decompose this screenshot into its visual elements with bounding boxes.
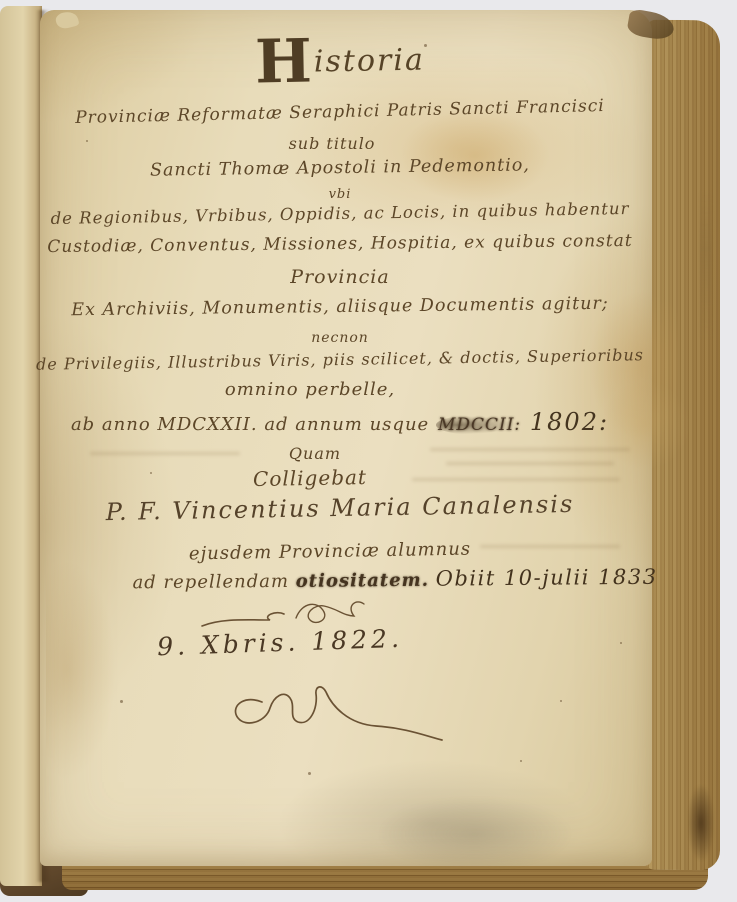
text-line: Ex Archiviis, Monumentis, aliisque Docum… xyxy=(36,293,644,320)
fore-edge-stain xyxy=(688,786,714,860)
text-line: Provinciæ Reformatæ Seraphici Patris San… xyxy=(36,95,644,129)
year-range-text: ab anno MDCXXII. ad annum usque xyxy=(71,414,429,435)
manuscript-text: Historia Provinciæ Reformatæ Seraphici P… xyxy=(36,0,644,870)
title-initial-capital: H xyxy=(255,26,313,97)
year-range-line: ab anno MDCXXII. ad annum usque MDCCII: … xyxy=(36,408,644,436)
text-line: de Privilegiis, Illustribus Viris, piis … xyxy=(36,345,644,374)
large-flourish xyxy=(226,668,486,748)
text-line: necnon xyxy=(36,330,644,346)
manuscript-photo: Historia Provinciæ Reformatæ Seraphici P… xyxy=(0,0,737,902)
text-line: de Regionibus, Vrbibus, Oppidis, ac Loci… xyxy=(36,199,644,229)
text-line: ejusdem Provinciæ alumnus xyxy=(26,536,634,568)
fore-edge-stain xyxy=(700,190,712,340)
text-line: Provincia xyxy=(36,266,644,288)
text-line: Custodiæ, Conventus, Missiones, Hospitia… xyxy=(36,231,644,257)
small-flourish xyxy=(196,596,386,638)
text-line: Sancti Thomæ Apostoli in Pedemontio, xyxy=(36,154,644,182)
year-revised: 1802: xyxy=(530,408,609,436)
page-block-fore-edge xyxy=(646,20,720,871)
title-rest: istoria xyxy=(314,43,426,80)
year-struck-out: MDCCII: xyxy=(436,415,523,435)
otium-line: ad repellendam otiositatem. Obiit 10-jul… xyxy=(91,564,699,593)
author-line: P. F. Vincentius Maria Canalensis xyxy=(36,489,644,528)
otium-blotted-word: otiositatem. xyxy=(296,570,429,592)
page-title: Historia xyxy=(35,21,644,102)
text-line: Quam xyxy=(11,444,619,463)
obiit-note: Obiit 10-julii 1833 xyxy=(436,565,658,591)
otium-prefix: ad repellendam xyxy=(132,571,289,593)
text-line: omnino perbelle, xyxy=(6,379,614,400)
text-line: sub titulo xyxy=(28,134,636,153)
